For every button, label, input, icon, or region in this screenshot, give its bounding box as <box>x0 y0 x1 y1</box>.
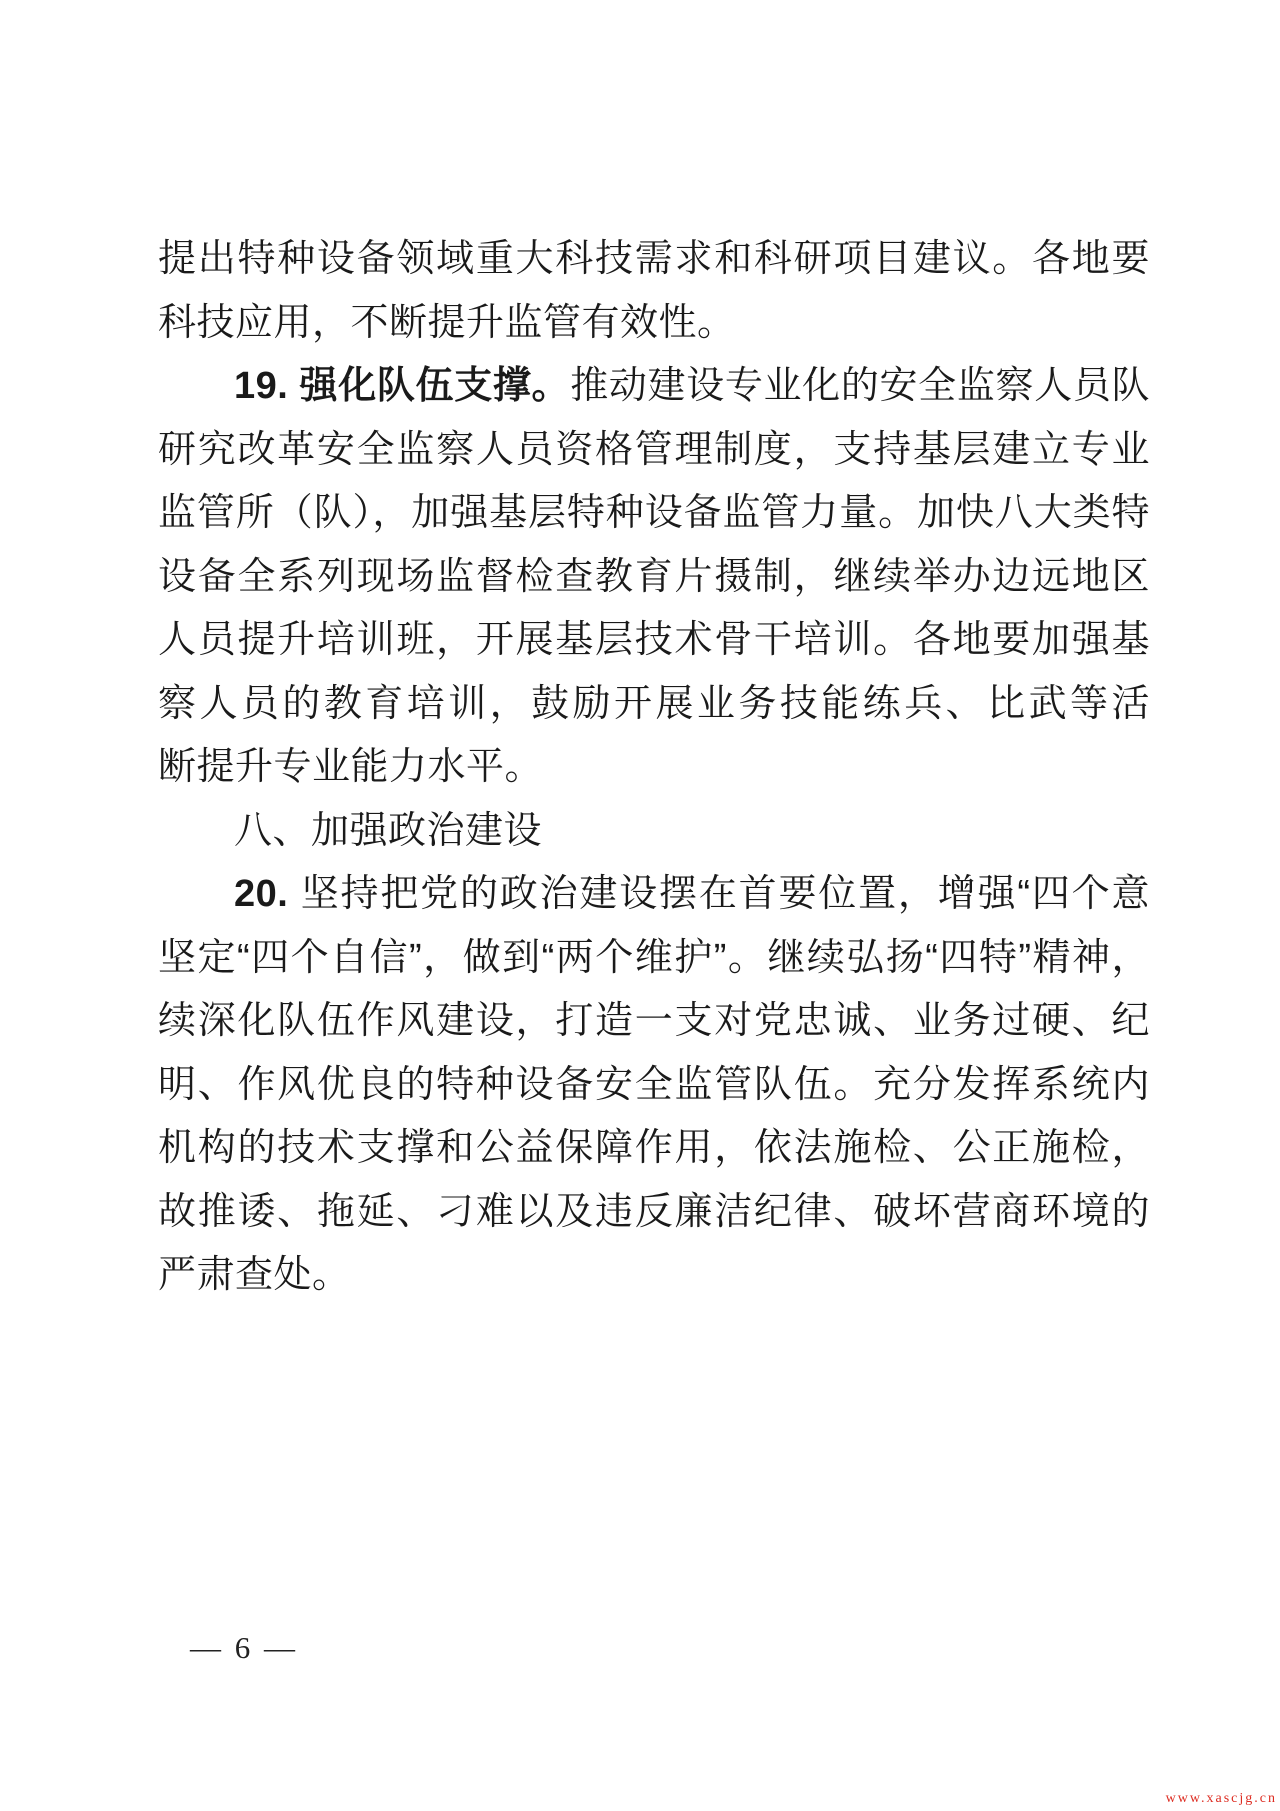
text-line: 坚定“四个自信”，做到“两个维护”。继续弘扬“四特”精神，持 <box>158 927 1150 991</box>
text-line: 明、作风优良的特种设备安全监管队伍。充分发挥系统内检验 <box>158 1054 1150 1118</box>
line-text: 监管所（队），加强基层特种设备监管力量。加快八大类特种 <box>158 492 1150 546</box>
text-line: 故推诿、拖延、刁难以及违反廉洁纪律、破坏营商环境的行为 <box>158 1181 1150 1245</box>
text-line-paragraph-20: 20. 坚持把党的政治建设摆在首要位置，增强“四个意识”， <box>158 863 1150 927</box>
text-line: 断提升专业能力水平。 <box>158 736 1150 800</box>
text-line: 严肃查处。 <box>158 1244 1150 1308</box>
text-line: 提出特种设备领域重大科技需求和科研项目建议。各地要注重 <box>158 228 1150 292</box>
text-line: 监管所（队），加强基层特种设备监管力量。加快八大类特种 <box>158 482 1150 546</box>
line-text: 坚定“四个自信”，做到“两个维护”。继续弘扬“四特”精神，持 <box>158 937 1150 991</box>
line-text: 察人员的教育培训，鼓励开展业务技能练兵、比武等活动，不 <box>158 683 1150 737</box>
site-watermark: www.xascjg.cn <box>1166 1791 1277 1807</box>
line-text: 明、作风优良的特种设备安全监管队伍。充分发挥系统内检验 <box>158 1064 1150 1118</box>
text-line: 机构的技术支撑和公益保障作用，依法施检、公正施检，对无 <box>158 1117 1150 1181</box>
section-heading-8: 八、加强政治建设 <box>158 800 1150 864</box>
line-text: 提出特种设备领域重大科技需求和科研项目建议。各地要注重 <box>158 238 1150 292</box>
line-text: 科技应用，不断提升监管有效性。 <box>158 302 736 344</box>
line-text: 机构的技术支撑和公益保障作用，依法施检、公正施检，对无 <box>158 1127 1150 1181</box>
section-heading-text: 八、加强政治建设 <box>234 810 542 852</box>
document-page: 提出特种设备领域重大科技需求和科研项目建议。各地要注重 科技应用，不断提升监管有… <box>0 0 1280 1811</box>
text-line: 察人员的教育培训，鼓励开展业务技能练兵、比武等活动，不 <box>158 673 1150 737</box>
line-text: 严肃查处。 <box>158 1254 351 1296</box>
line-text: 故推诿、拖延、刁难以及违反廉洁纪律、破坏营商环境的行为 <box>158 1191 1150 1245</box>
text-line: 续深化队伍作风建设，打造一支对党忠诚、业务过硬、纪律严 <box>158 990 1150 1054</box>
text-line: 研究改革安全监察人员资格管理制度，支持基层建立专业化的 <box>158 419 1150 483</box>
line-text: 坚持把党的政治建设摆在首要位置，增强“四个意识”， <box>234 873 1150 927</box>
line-text: 设备全系列现场监督检查教育片摄制，继续举办边远地区监察 <box>158 556 1150 610</box>
paragraph-19-heading: 19. 强化队伍支撑。 <box>234 365 570 407</box>
line-text: 人员提升培训班，开展基层技术骨干培训。各地要加强基层监 <box>158 619 1150 673</box>
line-text: 断提升专业能力水平。 <box>158 746 543 788</box>
line-text: 研究改革安全监察人员资格管理制度，支持基层建立专业化的 <box>158 429 1150 483</box>
line-text: 续深化队伍作风建设，打造一支对党忠诚、业务过硬、纪律严 <box>158 1000 1150 1054</box>
paragraph-20-number: 20. <box>234 873 301 915</box>
page-number: — 6 — <box>190 1630 298 1666</box>
text-line: 设备全系列现场监督检查教育片摄制，继续举办边远地区监察 <box>158 546 1150 610</box>
text-line: 科技应用，不断提升监管有效性。 <box>158 292 1150 356</box>
text-line: 人员提升培训班，开展基层技术骨干培训。各地要加强基层监 <box>158 609 1150 673</box>
text-line-paragraph-19: 19. 强化队伍支撑。推动建设专业化的安全监察人员队伍， <box>158 355 1150 419</box>
document-body: 提出特种设备领域重大科技需求和科研项目建议。各地要注重 科技应用，不断提升监管有… <box>158 228 1150 1308</box>
